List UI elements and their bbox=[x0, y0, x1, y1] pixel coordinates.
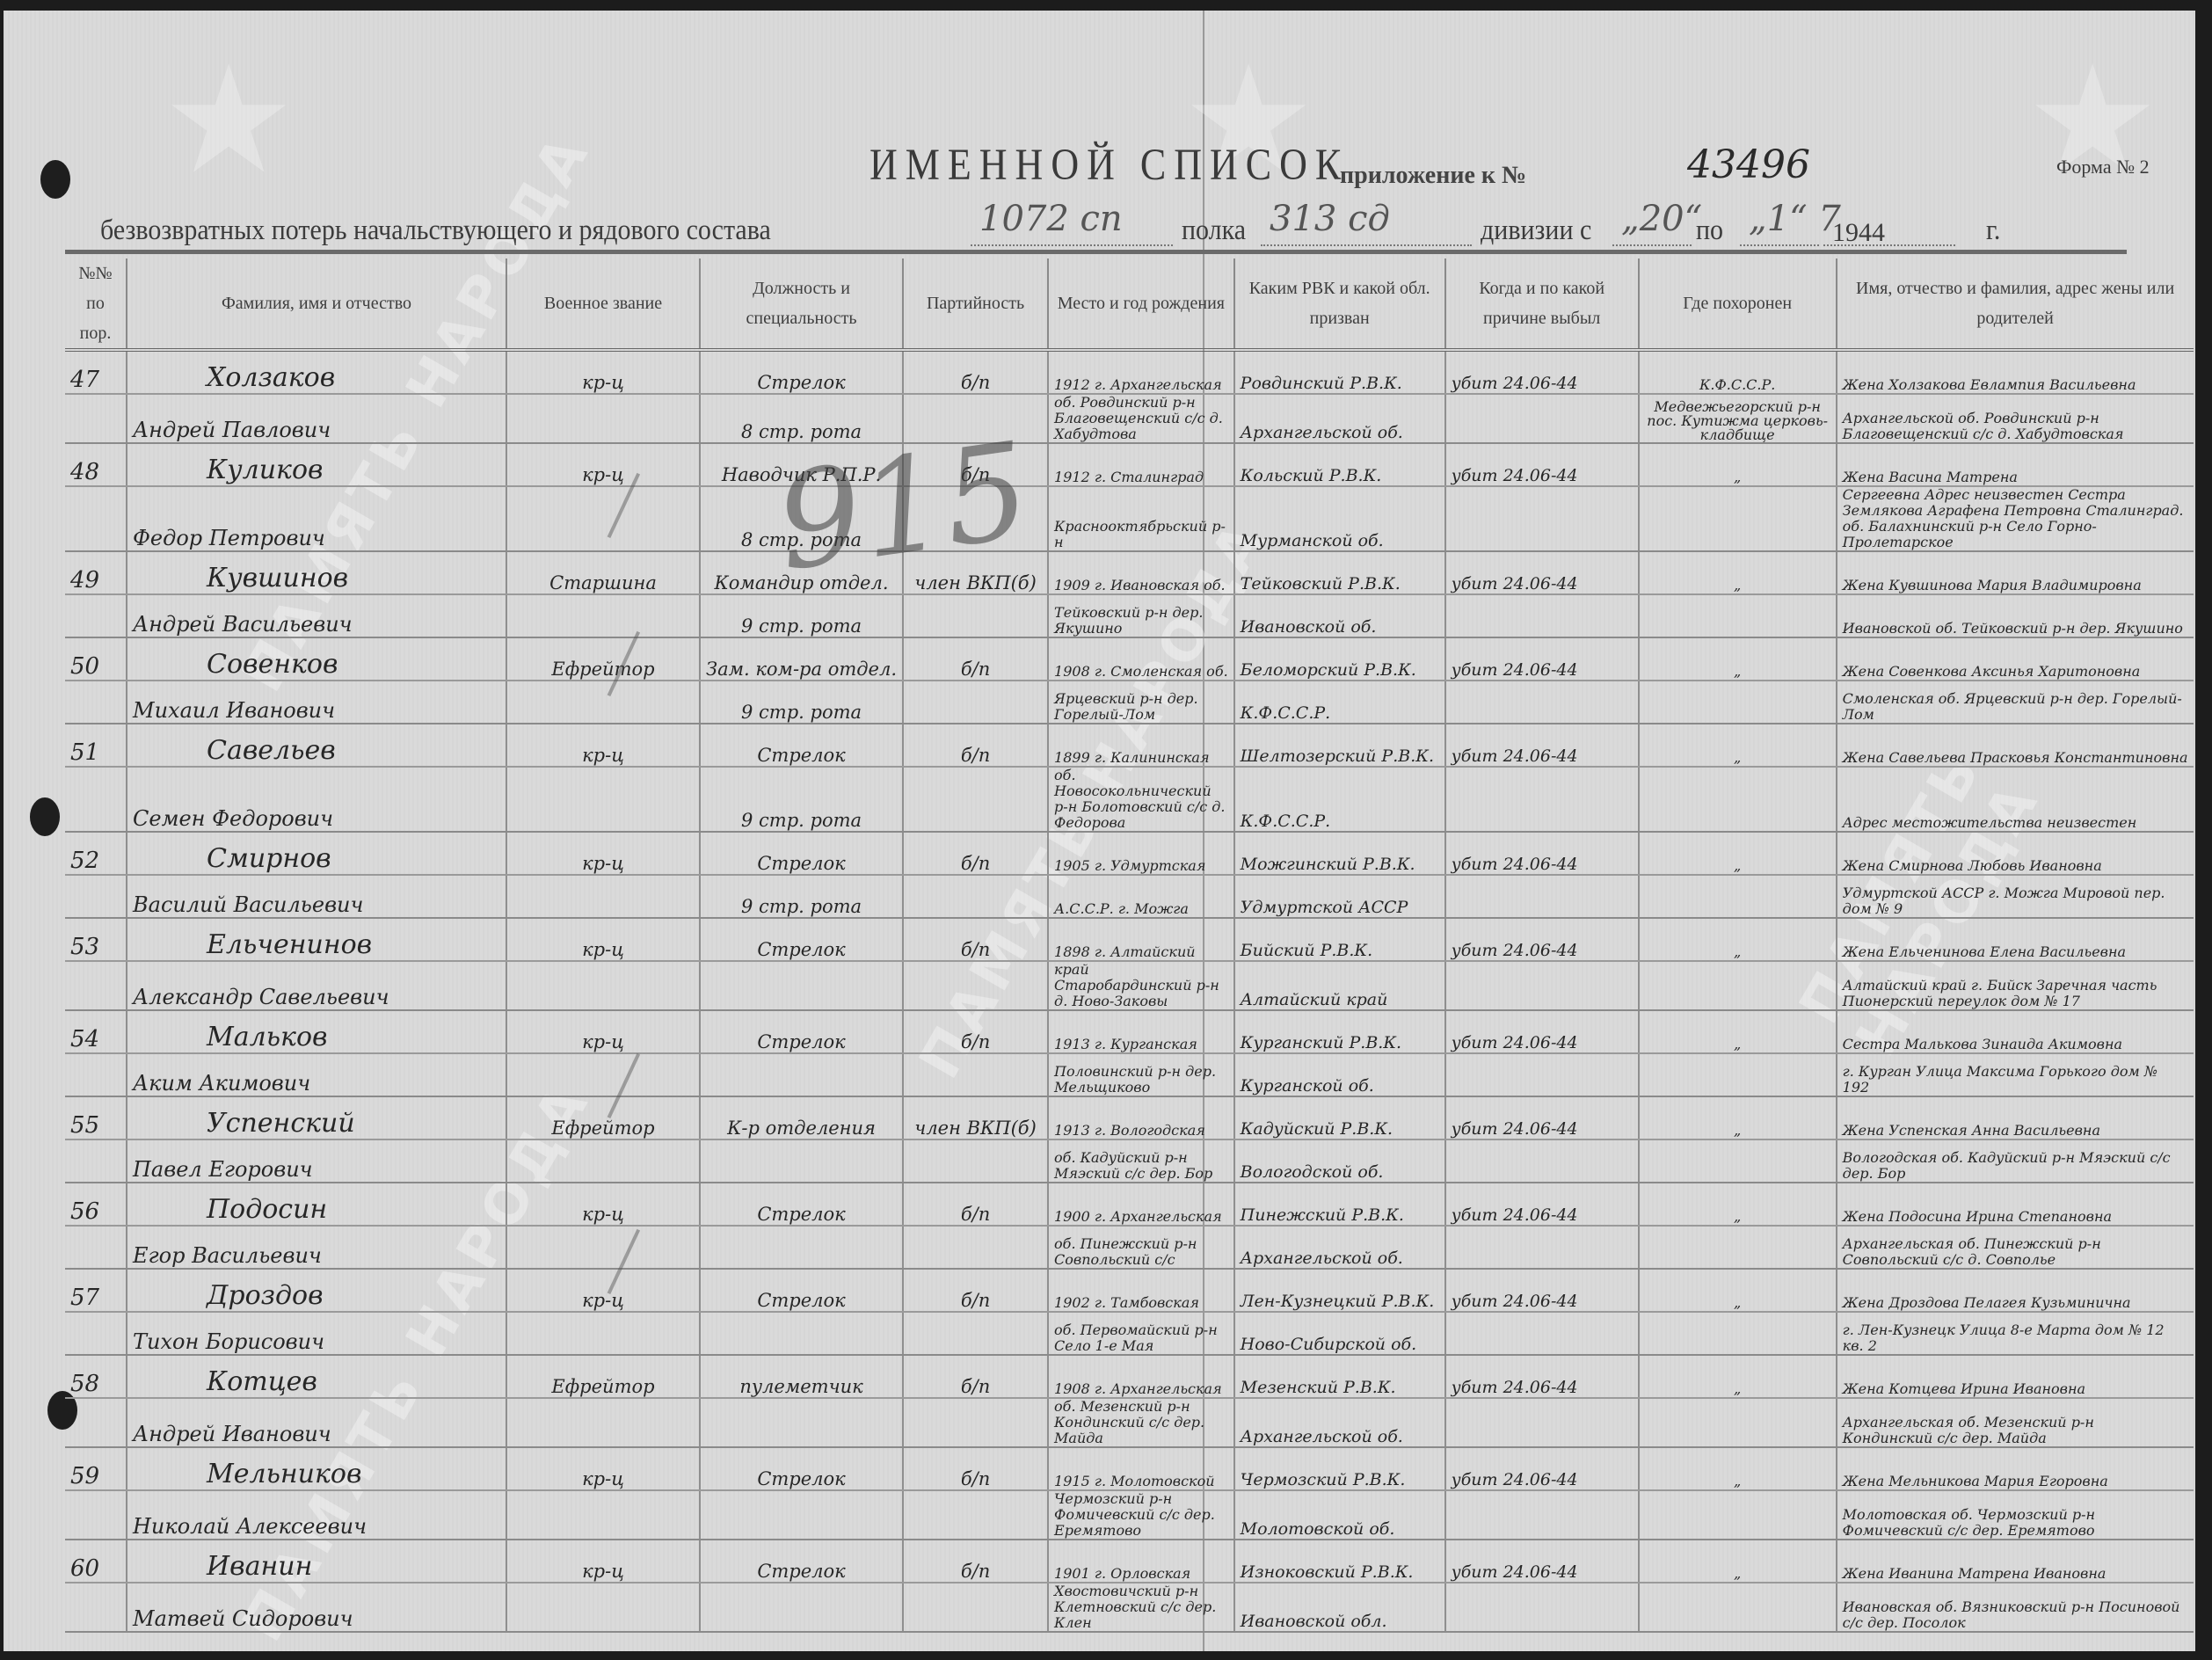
party-membership: б/п bbox=[903, 724, 1048, 767]
col-header-name: Фамилия, имя и отчество bbox=[127, 258, 506, 350]
military-rank: Ефрейтор bbox=[506, 1355, 700, 1398]
post: К-р отделения bbox=[700, 1096, 903, 1139]
draft-region: Алтайский край bbox=[1234, 961, 1445, 1010]
table-row: 50СовенковЕфрейторЗам. ком-ра отдел.б/п1… bbox=[65, 637, 2194, 681]
given-name-patronymic: Николай Алексеевич bbox=[127, 1490, 506, 1540]
row-number-empty bbox=[65, 394, 127, 443]
birth-place-rest: Ярцевский р-н дер. Горелый-Лом bbox=[1048, 681, 1234, 724]
kin-address-line1: Жена Кувшинова Мария Владимировна bbox=[1837, 551, 2194, 594]
birth-place-rest: край Старобардинский р-н д. Ново-Заковы bbox=[1048, 961, 1234, 1010]
col-header-burial: Где похоронен bbox=[1639, 258, 1837, 350]
when-empty bbox=[1445, 486, 1639, 551]
row-number-empty bbox=[65, 486, 127, 551]
post: пулеметчик bbox=[700, 1355, 903, 1398]
kin-address-rest: Молотовская об. Чермозский р-н Фомичевск… bbox=[1837, 1490, 2194, 1540]
surname: Мельников bbox=[127, 1447, 506, 1490]
draft-region: Молотовской об. bbox=[1234, 1490, 1445, 1540]
table-row-continuation: Василий Васильевич9 стр. ротаА.С.С.Р. г.… bbox=[65, 875, 2194, 918]
birth-place-line1: 1905 г. Удмуртская bbox=[1048, 832, 1234, 875]
row-number: 54 bbox=[65, 1010, 127, 1053]
rank-empty bbox=[506, 875, 700, 918]
given-name-patronymic: Андрей Иванович bbox=[127, 1398, 506, 1447]
surname: Совенков bbox=[127, 637, 506, 681]
table-row: 49КувшиновСтаршинаКомандир отдел.член ВК… bbox=[65, 551, 2194, 594]
birth-place-rest: об. Ровдинский р-н Благовещенский с/с д.… bbox=[1048, 394, 1234, 443]
burial-place-line1: „ bbox=[1639, 832, 1837, 875]
company bbox=[700, 1312, 903, 1355]
kin-address-rest: Адрес местожительства неизвестен bbox=[1837, 767, 2194, 832]
party-membership: б/п bbox=[903, 1183, 1048, 1226]
draft-office: Ровдинский Р.В.К. bbox=[1234, 350, 1445, 394]
birth-place-line1: 1908 г. Смоленская об. bbox=[1048, 637, 1234, 681]
burial-place-rest bbox=[1639, 1139, 1837, 1183]
when-empty bbox=[1445, 394, 1639, 443]
party-membership: б/п bbox=[903, 1355, 1048, 1398]
rank-empty bbox=[506, 1139, 700, 1183]
when-empty bbox=[1445, 875, 1639, 918]
party-membership: б/п bbox=[903, 832, 1048, 875]
row-number-empty bbox=[65, 1312, 127, 1355]
when-empty bbox=[1445, 1583, 1639, 1632]
surname: Иванин bbox=[127, 1540, 506, 1583]
party-empty bbox=[903, 1312, 1048, 1355]
table-row: 55УспенскийЕфрейторК-р отделениячлен ВКП… bbox=[65, 1096, 2194, 1139]
kin-address-line1: Жена Совенкова Аксинья Харитоновна bbox=[1837, 637, 2194, 681]
col-header-number: №№ по пор. bbox=[65, 258, 127, 350]
draft-office: Лен-Кузнецкий Р.В.К. bbox=[1234, 1269, 1445, 1312]
kin-address-rest: Смоленская об. Ярцевский р-н дер. Горелы… bbox=[1837, 681, 2194, 724]
birth-place-line1: 1899 г. Калининская bbox=[1048, 724, 1234, 767]
row-number: 51 bbox=[65, 724, 127, 767]
row-number-empty bbox=[65, 1583, 127, 1632]
year-field: 1944 bbox=[1823, 218, 1955, 246]
draft-office: Мезенский Р.В.К. bbox=[1234, 1355, 1445, 1398]
company bbox=[700, 961, 903, 1010]
table-row-continuation: Андрей Ивановичоб. Мезенский р-н Кондинс… bbox=[65, 1398, 2194, 1447]
birth-place-rest: Тейковский р-н дер. Якушино bbox=[1048, 594, 1234, 637]
rank-empty bbox=[506, 1312, 700, 1355]
military-rank: кр-ц bbox=[506, 724, 700, 767]
table-row: 59Мельниковкр-цСтрелокб/п1915 г. Молотов… bbox=[65, 1447, 2194, 1490]
col-header-birth: Место и год рождения bbox=[1048, 258, 1234, 350]
party-empty bbox=[903, 594, 1048, 637]
regiment-value: 1072 сп bbox=[979, 199, 1123, 239]
burial-place-line1: „ bbox=[1639, 1355, 1837, 1398]
table-row: 47Холзаковкр-цСтрелокб/п1912 г. Архангел… bbox=[65, 350, 2194, 394]
loss-date-reason: убит 24.06-44 bbox=[1445, 918, 1639, 961]
party-membership: б/п bbox=[903, 1010, 1048, 1053]
draft-office: Чермозский Р.В.К. bbox=[1234, 1447, 1445, 1490]
table-row-continuation: Семен Федорович9 стр. ротаоб. Новосоколь… bbox=[65, 767, 2194, 832]
kin-address-rest: Вологодская об. Кадуйский р-н Мяэский с/… bbox=[1837, 1139, 2194, 1183]
division-value: 313 сд bbox=[1270, 199, 1390, 239]
kin-address-line1: Жена Смирнова Любовь Ивановна bbox=[1837, 832, 2194, 875]
kin-address-line1: Жена Котцева Ирина Ивановна bbox=[1837, 1355, 2194, 1398]
kin-address-rest: г. Лен-Кузнецк Улица 8-е Марта дом № 12 … bbox=[1837, 1312, 2194, 1355]
surname: Кувшинов bbox=[127, 551, 506, 594]
rank-empty bbox=[506, 1398, 700, 1447]
burial-place-line1: „ bbox=[1639, 1447, 1837, 1490]
burial-place-line1: „ bbox=[1639, 1540, 1837, 1583]
row-number: 52 bbox=[65, 832, 127, 875]
rank-empty bbox=[506, 767, 700, 832]
year-value: 1944 bbox=[1832, 218, 1885, 248]
kin-address-rest: Ивановской об. Тейковский р-н дер. Якуши… bbox=[1837, 594, 2194, 637]
draft-office: Шелтозерский Р.В.К. bbox=[1234, 724, 1445, 767]
draft-region: Вологодской об. bbox=[1234, 1139, 1445, 1183]
post: Стрелок bbox=[700, 1447, 903, 1490]
draft-office: Изноковский Р.В.К. bbox=[1234, 1540, 1445, 1583]
post: Стрелок bbox=[700, 1010, 903, 1053]
birth-place-line1: 1901 г. Орловская bbox=[1048, 1540, 1234, 1583]
birth-place-rest: Чермозский р-н Фомичевский с/с дер. Ерем… bbox=[1048, 1490, 1234, 1540]
document-subtitle: безвозвратных потерь начальствующего и р… bbox=[100, 214, 771, 246]
when-empty bbox=[1445, 1139, 1639, 1183]
loss-date-reason: убит 24.06-44 bbox=[1445, 637, 1639, 681]
party-membership: б/п bbox=[903, 1447, 1048, 1490]
loss-date-reason: убит 24.06-44 bbox=[1445, 724, 1639, 767]
party-empty bbox=[903, 1583, 1048, 1632]
company bbox=[700, 1398, 903, 1447]
table-row: 48Куликовкр-цНаводчик Р.П.Р.б/п1912 г. С… bbox=[65, 443, 2194, 486]
row-number-empty bbox=[65, 1490, 127, 1540]
post: Стрелок bbox=[700, 724, 903, 767]
birth-place-line1: 1900 г. Архангельская bbox=[1048, 1183, 1234, 1226]
post: Стрелок bbox=[700, 1183, 903, 1226]
surname: Смирнов bbox=[127, 832, 506, 875]
losses-table: №№ по пор. Фамилия, имя и отчество Военн… bbox=[65, 258, 2194, 1633]
burial-place-line1: „ bbox=[1639, 551, 1837, 594]
burial-place-line1: „ bbox=[1639, 1269, 1837, 1312]
when-empty bbox=[1445, 1398, 1639, 1447]
row-number-empty bbox=[65, 875, 127, 918]
table-row-continuation: Павел Егоровичоб. Кадуйский р-н Мяэский … bbox=[65, 1139, 2194, 1183]
kin-address-rest: Ивановская об. Вязниковский р-н Посиново… bbox=[1837, 1583, 2194, 1632]
kin-address-line1: Жена Дроздова Пелагея Кузьминична bbox=[1837, 1269, 2194, 1312]
military-rank: кр-ц bbox=[506, 832, 700, 875]
kin-address-line1: Жена Ельченинова Елена Васильевна bbox=[1837, 918, 2194, 961]
birth-place-line1: 1915 г. Молотовской bbox=[1048, 1447, 1234, 1490]
row-number-empty bbox=[65, 681, 127, 724]
birth-place-line1: 1912 г. Архангельская bbox=[1048, 350, 1234, 394]
row-number: 50 bbox=[65, 637, 127, 681]
surname: Мальков bbox=[127, 1010, 506, 1053]
military-rank: кр-ц bbox=[506, 1540, 700, 1583]
binder-hole bbox=[30, 797, 60, 836]
row-number: 56 bbox=[65, 1183, 127, 1226]
loss-date-reason: убит 24.06-44 bbox=[1445, 350, 1639, 394]
birth-place-line1: 1913 г. Вологодская bbox=[1048, 1096, 1234, 1139]
party-membership: б/п bbox=[903, 637, 1048, 681]
burial-place-rest bbox=[1639, 875, 1837, 918]
draft-region: Ивановской об. bbox=[1234, 594, 1445, 637]
loss-date-reason: убит 24.06-44 bbox=[1445, 1183, 1639, 1226]
kin-address-rest: Сергеевна Адрес неизвестен Сестра Земляк… bbox=[1837, 486, 2194, 551]
draft-office: Можгинский Р.В.К. bbox=[1234, 832, 1445, 875]
burial-place-rest bbox=[1639, 1490, 1837, 1540]
row-number-empty bbox=[65, 1226, 127, 1269]
military-rank: кр-ц bbox=[506, 918, 700, 961]
birth-place-line1: 1898 г. Алтайский bbox=[1048, 918, 1234, 961]
row-number: 57 bbox=[65, 1269, 127, 1312]
burial-place-line1: К.Ф.С.С.Р. bbox=[1639, 350, 1837, 394]
form-number: Форма № 2 bbox=[2056, 156, 2150, 178]
rank-empty bbox=[506, 1583, 700, 1632]
surname: Подосин bbox=[127, 1183, 506, 1226]
company bbox=[700, 1053, 903, 1096]
loss-date-reason: убит 24.06-44 bbox=[1445, 1447, 1639, 1490]
table-row-continuation: Федор Петрович8 стр. ротаКраснооктябрьск… bbox=[65, 486, 2194, 551]
rank-empty bbox=[506, 1053, 700, 1096]
table-row: 57Дроздовкр-цСтрелокб/п1902 г. Тамбовска… bbox=[65, 1269, 2194, 1312]
date-to-label: по bbox=[1696, 214, 1723, 246]
table-row-continuation: Матвей СидоровичХвостовичский р-н Клетно… bbox=[65, 1583, 2194, 1632]
company bbox=[700, 1226, 903, 1269]
rank-empty bbox=[506, 594, 700, 637]
birth-place-rest: Хвостовичский р-н Клетновский с/с дер. К… bbox=[1048, 1583, 1234, 1632]
post: Стрелок bbox=[700, 1269, 903, 1312]
row-number: 49 bbox=[65, 551, 127, 594]
when-empty bbox=[1445, 1312, 1639, 1355]
military-rank: кр-ц bbox=[506, 350, 700, 394]
military-rank: Старшина bbox=[506, 551, 700, 594]
draft-office: Курганский Р.В.К. bbox=[1234, 1010, 1445, 1053]
table-row-continuation: Николай АлексеевичЧермозский р-н Фомичев… bbox=[65, 1490, 2194, 1540]
row-number-empty bbox=[65, 1139, 127, 1183]
birth-place-rest: А.С.С.Р. г. Можга bbox=[1048, 875, 1234, 918]
kin-address-line1: Жена Савельева Прасковья Константиновна bbox=[1837, 724, 2194, 767]
date-to-field: „1“ 7 bbox=[1740, 218, 1819, 246]
birth-place-rest: об. Пинежский р-н Совпольский с/с bbox=[1048, 1226, 1234, 1269]
surname: Дроздов bbox=[127, 1269, 506, 1312]
birth-place-line1: 1909 г. Ивановская об. bbox=[1048, 551, 1234, 594]
burial-place-rest bbox=[1639, 1226, 1837, 1269]
surname: Савельев bbox=[127, 724, 506, 767]
party-empty bbox=[903, 681, 1048, 724]
rank-empty bbox=[506, 1226, 700, 1269]
table-row-continuation: Андрей Васильевич9 стр. ротаТейковский р… bbox=[65, 594, 2194, 637]
party-membership: б/п bbox=[903, 350, 1048, 394]
burial-place-rest: Медвежьегорский р-н пос. Кутижма церковь… bbox=[1639, 394, 1837, 443]
kin-address-rest: Алтайский край г. Бийск Заречная часть П… bbox=[1837, 961, 2194, 1010]
surname: Ельченинов bbox=[127, 918, 506, 961]
draft-region: Курганской об. bbox=[1234, 1053, 1445, 1096]
col-header-post: Должность и специальность bbox=[700, 258, 903, 350]
header-rule bbox=[65, 250, 2127, 254]
kin-address-line1: Сестра Малькова Зинаида Акимовна bbox=[1837, 1010, 2194, 1053]
table-row: 53Ельчениновкр-цСтрелокб/п1898 г. Алтайс… bbox=[65, 918, 2194, 961]
company: 9 стр. рота bbox=[700, 767, 903, 832]
party-empty bbox=[903, 1053, 1048, 1096]
loss-date-reason: убит 24.06-44 bbox=[1445, 1355, 1639, 1398]
document-page: ★ ★ ★ ПАМЯТЬ НАРОДА ПАМЯТЬ НАРОДА ПАМЯТЬ… bbox=[4, 11, 2195, 1651]
row-number-empty bbox=[65, 1398, 127, 1447]
table-row: 60Иванинкр-цСтрелокб/п1901 г. ОрловскаяИ… bbox=[65, 1540, 2194, 1583]
birth-place-rest: об. Кадуйский р-н Мяэский с/с дер. Бор bbox=[1048, 1139, 1234, 1183]
row-number: 60 bbox=[65, 1540, 127, 1583]
company: 9 стр. рота bbox=[700, 875, 903, 918]
given-name-patronymic: Матвей Сидорович bbox=[127, 1583, 506, 1632]
birth-place-line1: 1913 г. Курганская bbox=[1048, 1010, 1234, 1053]
row-number: 48 bbox=[65, 443, 127, 486]
col-header-rvk: Каким РВК и какой обл. призван bbox=[1234, 258, 1445, 350]
party-empty bbox=[903, 1490, 1048, 1540]
when-empty bbox=[1445, 767, 1639, 832]
table-row-continuation: Егор Васильевичоб. Пинежский р-н Совполь… bbox=[65, 1226, 2194, 1269]
birth-place-rest: Краснооктябрьский р-н bbox=[1048, 486, 1234, 551]
row-number: 59 bbox=[65, 1447, 127, 1490]
star-watermark-icon: ★ bbox=[162, 46, 295, 195]
military-rank: кр-ц bbox=[506, 443, 700, 486]
burial-place-line1: „ bbox=[1639, 918, 1837, 961]
regiment-field: 1072 сп bbox=[971, 218, 1173, 246]
when-empty bbox=[1445, 1490, 1639, 1540]
post: Стрелок bbox=[700, 832, 903, 875]
company bbox=[700, 1583, 903, 1632]
surname: Холзаков bbox=[127, 350, 506, 394]
given-name-patronymic: Тихон Борисович bbox=[127, 1312, 506, 1355]
row-number: 55 bbox=[65, 1096, 127, 1139]
row-number-empty bbox=[65, 961, 127, 1010]
kin-address-rest: Архангельская об. Пинежский р-н Совпольс… bbox=[1837, 1226, 2194, 1269]
date-from-value: „20“ bbox=[1621, 199, 1702, 239]
party-empty bbox=[903, 1398, 1048, 1447]
given-name-patronymic: Василий Васильевич bbox=[127, 875, 506, 918]
table-row: 51Савельевкр-цСтрелокб/п1899 г. Калининс… bbox=[65, 724, 2194, 767]
burial-place-line1: „ bbox=[1639, 1096, 1837, 1139]
kin-address-line1: Жена Холзакова Евлампия Васильевна bbox=[1837, 350, 2194, 394]
table-row-continuation: Андрей Павлович8 стр. ротаоб. Ровдинский… bbox=[65, 394, 2194, 443]
table-row-continuation: Михаил Иванович9 стр. ротаЯрцевский р-н … bbox=[65, 681, 2194, 724]
surname: Куликов bbox=[127, 443, 506, 486]
burial-place-rest bbox=[1639, 961, 1837, 1010]
row-number: 47 bbox=[65, 350, 127, 394]
birth-place-rest: об. Первомайский р-н Село 1-е Мая bbox=[1048, 1312, 1234, 1355]
draft-office: Беломорский Р.В.К. bbox=[1234, 637, 1445, 681]
burial-place-rest bbox=[1639, 767, 1837, 832]
party-empty bbox=[903, 767, 1048, 832]
loss-date-reason: убит 24.06-44 bbox=[1445, 1540, 1639, 1583]
given-name-patronymic: Александр Савельевич bbox=[127, 961, 506, 1010]
given-name-patronymic: Михаил Иванович bbox=[127, 681, 506, 724]
row-number-empty bbox=[65, 1053, 127, 1096]
rank-empty bbox=[506, 961, 700, 1010]
draft-office: Кадуйский Р.В.К. bbox=[1234, 1096, 1445, 1139]
party-membership: б/п bbox=[903, 1540, 1048, 1583]
birth-place-line1: 1912 г. Сталинград bbox=[1048, 443, 1234, 486]
party-membership: б/п bbox=[903, 1269, 1048, 1312]
table-row-continuation: Аким АкимовичПоловинский р-н дер. Мельщи… bbox=[65, 1053, 2194, 1096]
burial-place-rest bbox=[1639, 1312, 1837, 1355]
burial-place-line1: „ bbox=[1639, 443, 1837, 486]
given-name-patronymic: Егор Васильевич bbox=[127, 1226, 506, 1269]
col-header-when: Когда и по какой причине выбыл bbox=[1445, 258, 1639, 350]
burial-place-line1: „ bbox=[1639, 1010, 1837, 1053]
draft-region: К.Ф.С.С.Р. bbox=[1234, 767, 1445, 832]
kin-address-rest: г. Курган Улица Максима Горького дом № 1… bbox=[1837, 1053, 2194, 1096]
col-header-rank: Военное звание bbox=[506, 258, 700, 350]
burial-place-rest bbox=[1639, 594, 1837, 637]
row-number-empty bbox=[65, 594, 127, 637]
table-row-continuation: Тихон Борисовичоб. Первомайский р-н Село… bbox=[65, 1312, 2194, 1355]
birth-place-rest: об. Мезенский р-н Кондинский с/с дер. Ма… bbox=[1048, 1398, 1234, 1447]
table-header-row: №№ по пор. Фамилия, имя и отчество Военн… bbox=[65, 258, 2194, 350]
draft-region: Удмуртской АССР bbox=[1234, 875, 1445, 918]
party-empty bbox=[903, 875, 1048, 918]
when-empty bbox=[1445, 961, 1639, 1010]
given-name-patronymic: Аким Акимович bbox=[127, 1053, 506, 1096]
when-empty bbox=[1445, 594, 1639, 637]
kin-address-line1: Жена Мельникова Мария Егоровна bbox=[1837, 1447, 2194, 1490]
burial-place-line1: „ bbox=[1639, 637, 1837, 681]
row-number: 58 bbox=[65, 1355, 127, 1398]
table-row: 54Мальковкр-цСтрелокб/п1913 г. Курганска… bbox=[65, 1010, 2194, 1053]
table-row: 56Подосинкр-цСтрелокб/п1900 г. Архангель… bbox=[65, 1183, 2194, 1226]
given-name-patronymic: Павел Егорович bbox=[127, 1139, 506, 1183]
col-header-party: Партийность bbox=[903, 258, 1048, 350]
loss-date-reason: убит 24.06-44 bbox=[1445, 1096, 1639, 1139]
company: 9 стр. рота bbox=[700, 594, 903, 637]
col-header-kin: Имя, отчество и фамилия, адрес жены или … bbox=[1837, 258, 2194, 350]
rank-empty bbox=[506, 394, 700, 443]
draft-region: Ивановской обл. bbox=[1234, 1583, 1445, 1632]
date-from-field: „20“ bbox=[1612, 218, 1692, 246]
draft-office: Кольский Р.В.К. bbox=[1234, 443, 1445, 486]
military-rank: кр-ц bbox=[506, 1447, 700, 1490]
party-empty bbox=[903, 1139, 1048, 1183]
division-label: дивизии с bbox=[1481, 214, 1591, 246]
surname: Успенский bbox=[127, 1096, 506, 1139]
rank-empty bbox=[506, 1490, 700, 1540]
draft-office: Пинежский Р.В.К. bbox=[1234, 1183, 1445, 1226]
regiment-label: полка bbox=[1182, 214, 1246, 246]
post: Стрелок bbox=[700, 350, 903, 394]
draft-office: Тейковский Р.В.К. bbox=[1234, 551, 1445, 594]
post: Стрелок bbox=[700, 918, 903, 961]
birth-place-rest: Половинский р-н дер. Мельщиково bbox=[1048, 1053, 1234, 1096]
kin-address-line1: Жена Иванина Матрена Ивановна bbox=[1837, 1540, 2194, 1583]
party-membership: б/п bbox=[903, 918, 1048, 961]
post: Зам. ком-ра отдел. bbox=[700, 637, 903, 681]
party-empty bbox=[903, 1226, 1048, 1269]
burial-place-rest bbox=[1639, 681, 1837, 724]
draft-region: Архангельской об. bbox=[1234, 394, 1445, 443]
loss-date-reason: убит 24.06-44 bbox=[1445, 551, 1639, 594]
kin-address-line1: Жена Васина Матрена bbox=[1837, 443, 2194, 486]
draft-region: Мурманской об. bbox=[1234, 486, 1445, 551]
company bbox=[700, 1139, 903, 1183]
row-number: 53 bbox=[65, 918, 127, 961]
loss-date-reason: убит 24.06-44 bbox=[1445, 1269, 1639, 1312]
kin-address-rest: Архангельская об. Мезенский р-н Кондинск… bbox=[1837, 1398, 2194, 1447]
military-rank: кр-ц bbox=[506, 1010, 700, 1053]
birth-place-line1: 1902 г. Тамбовская bbox=[1048, 1269, 1234, 1312]
birth-place-rest: об. Новосокольнический р-н Болотовский с… bbox=[1048, 767, 1234, 832]
company: 9 стр. рота bbox=[700, 681, 903, 724]
row-number-empty bbox=[65, 767, 127, 832]
year-suffix: г. bbox=[1986, 214, 2000, 246]
given-name-patronymic: Федор Петрович bbox=[127, 486, 506, 551]
draft-region: Архангельской об. bbox=[1234, 1398, 1445, 1447]
burial-place-line1: „ bbox=[1639, 724, 1837, 767]
when-empty bbox=[1445, 1226, 1639, 1269]
draft-region: Архангельской об. bbox=[1234, 1226, 1445, 1269]
birth-place-line1: 1908 г. Архангельская bbox=[1048, 1355, 1234, 1398]
given-name-patronymic: Андрей Васильевич bbox=[127, 594, 506, 637]
post: Стрелок bbox=[700, 1540, 903, 1583]
kin-address-rest: Архангельской об. Ровдинский р-н Благове… bbox=[1837, 394, 2194, 443]
given-name-patronymic: Андрей Павлович bbox=[127, 394, 506, 443]
